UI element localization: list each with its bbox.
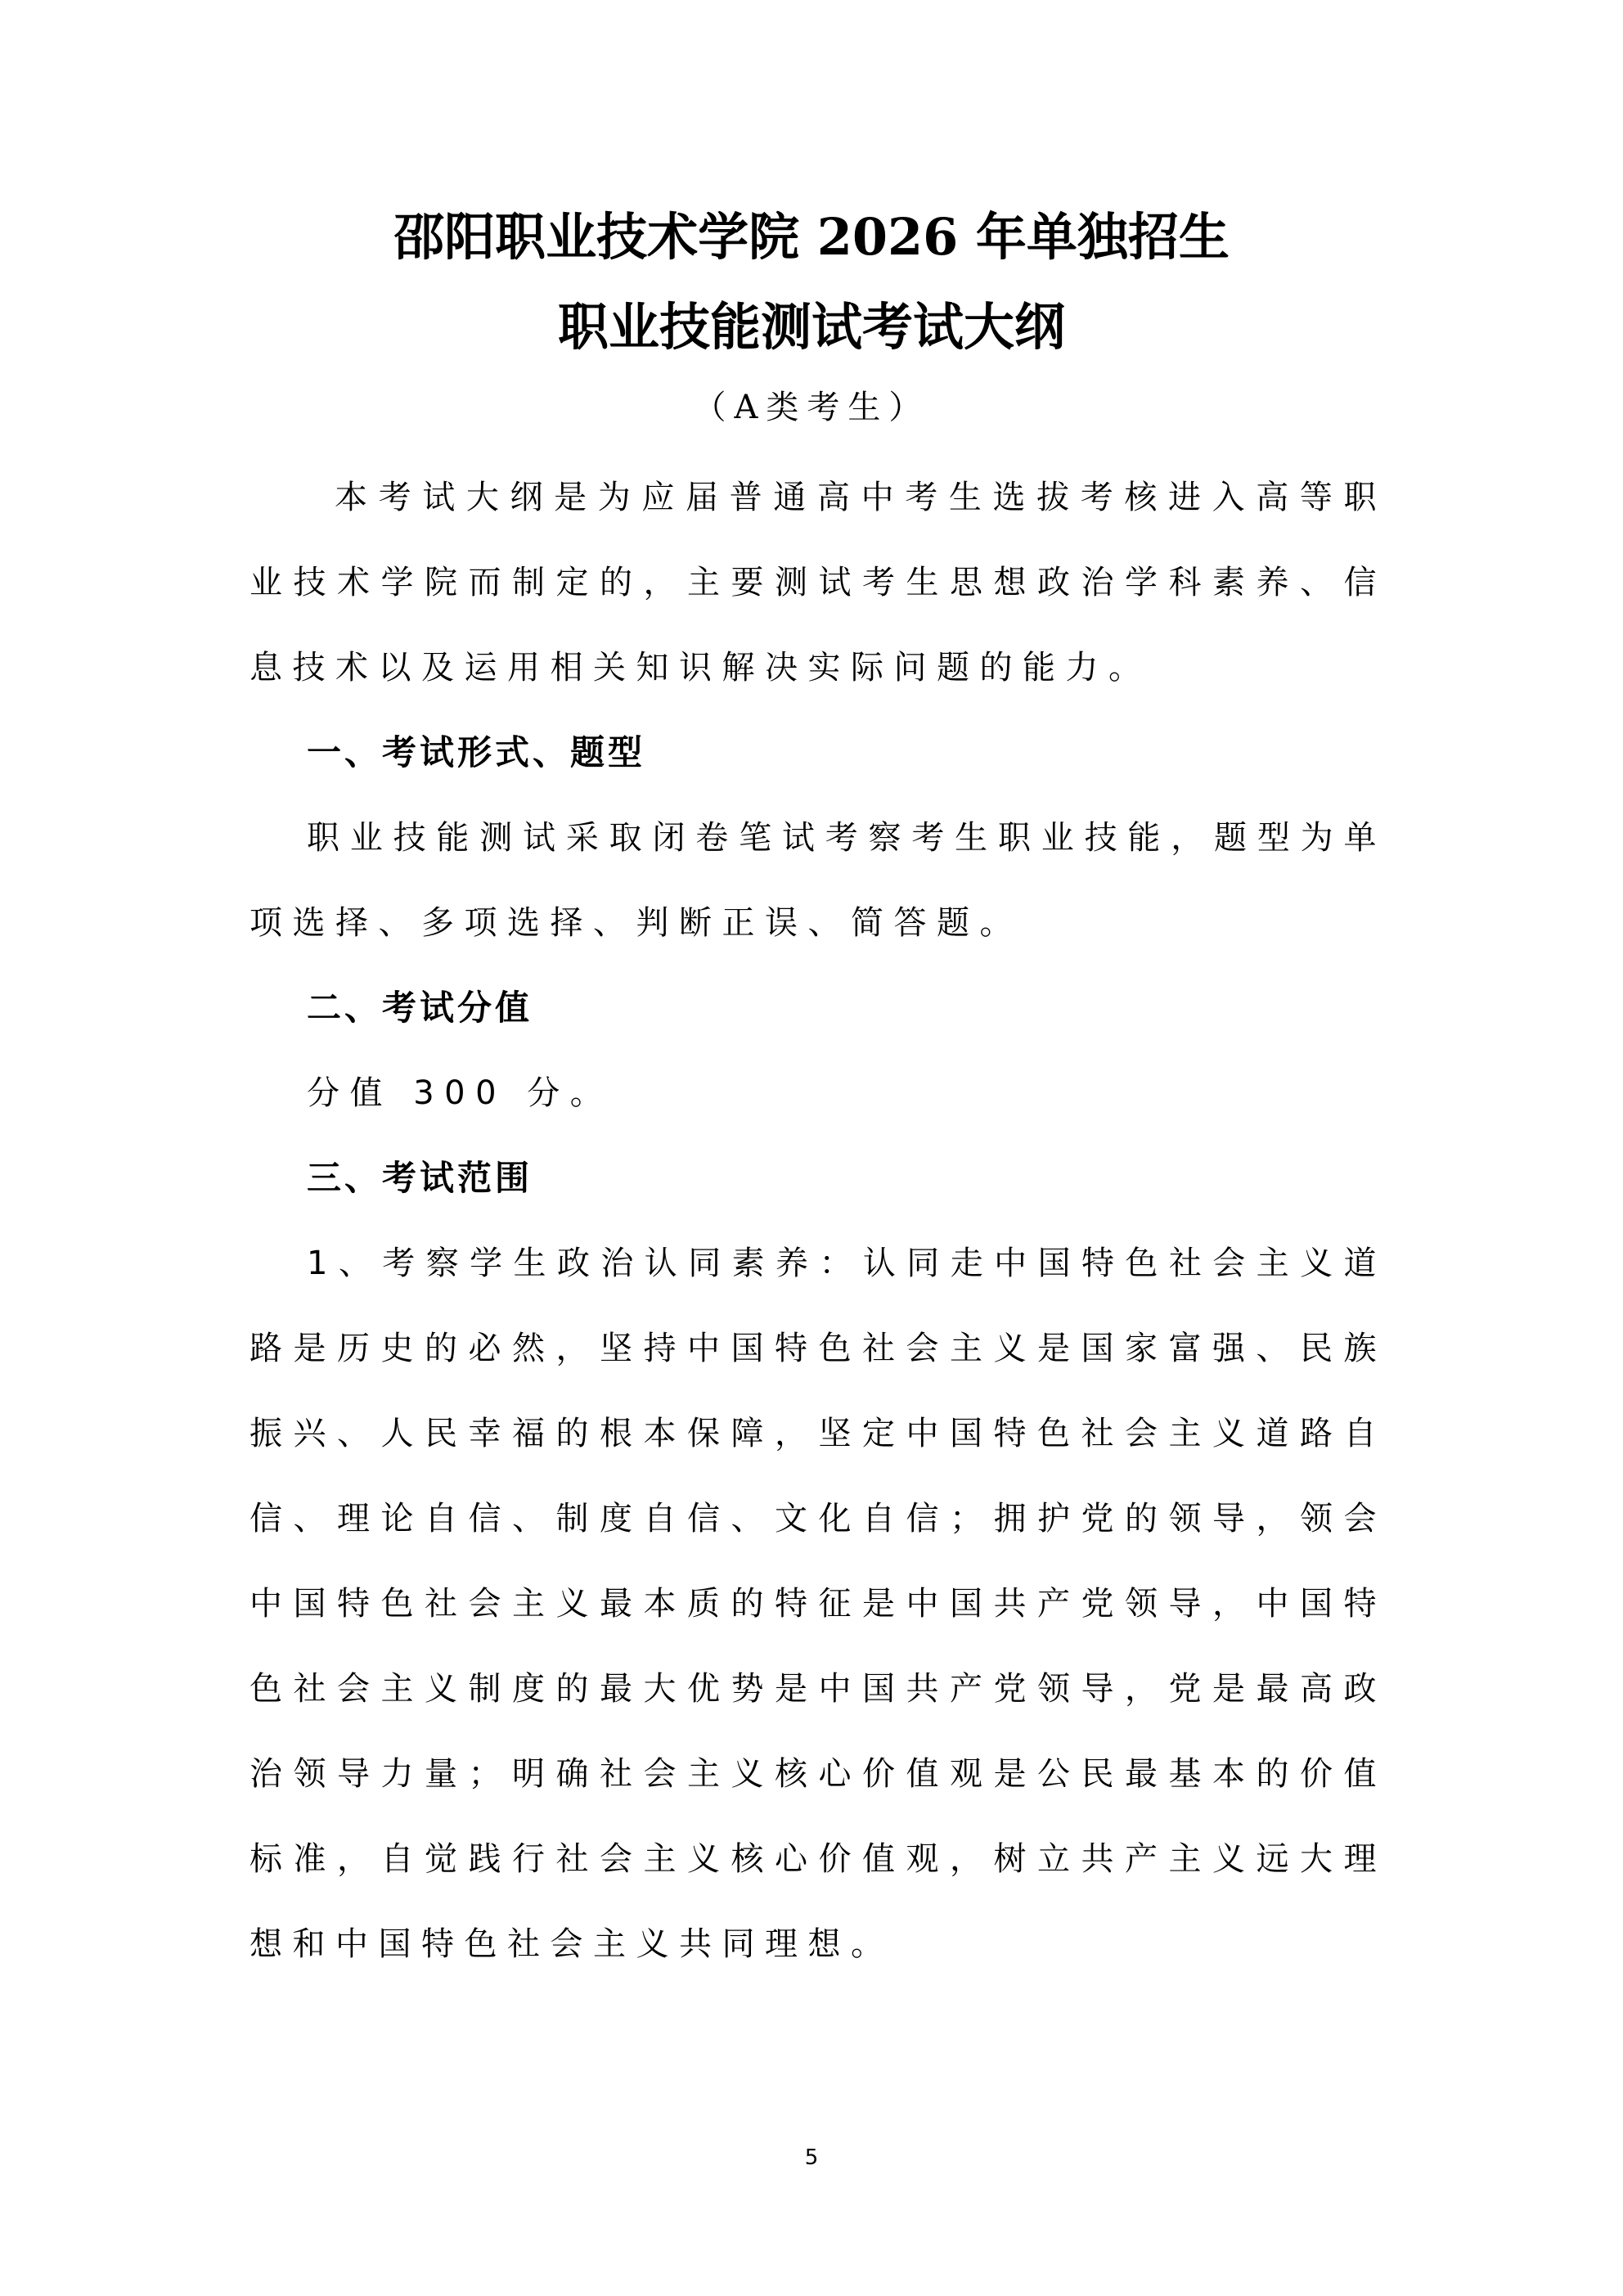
- section-body-exam-scope: 1、考察学生政治认同素养：认同走中国特色社会主义道路是历史的必然，坚持中国特色社…: [250, 1221, 1387, 1987]
- section-body-exam-format: 职业技能测试采取闭卷笔试考察考生职业技能，题型为单项选择、多项选择、判断正误、简…: [250, 795, 1387, 966]
- section-heading-exam-scope: 三、考试范围: [250, 1136, 1387, 1221]
- intro-paragraph: 本考试大纲是为应届普通高中考生选拔考核进入高等职业技术学院而制定的，主要测试考生…: [250, 455, 1387, 710]
- document-title-line-2: 职业技能测试考试大纲: [0, 295, 1623, 360]
- section-body-exam-score: 分值 300 分。: [250, 1051, 1387, 1136]
- page-number: 5: [0, 2145, 1623, 2170]
- document-title-line-1: 邵阳职业技术学院 2026 年单独招生: [0, 205, 1623, 270]
- document-body: 本考试大纲是为应届普通高中考生选拔考核进入高等职业技术学院而制定的，主要测试考生…: [250, 455, 1387, 1987]
- section-heading-exam-score: 二、考试分值: [250, 966, 1387, 1051]
- document-page: 邵阳职业技术学院 2026 年单独招生 职业技能测试考试大纲 （A类考生） 本考…: [0, 0, 1623, 2296]
- document-subtitle: （A类考生）: [0, 383, 1623, 432]
- section-heading-exam-format: 一、考试形式、题型: [250, 710, 1387, 795]
